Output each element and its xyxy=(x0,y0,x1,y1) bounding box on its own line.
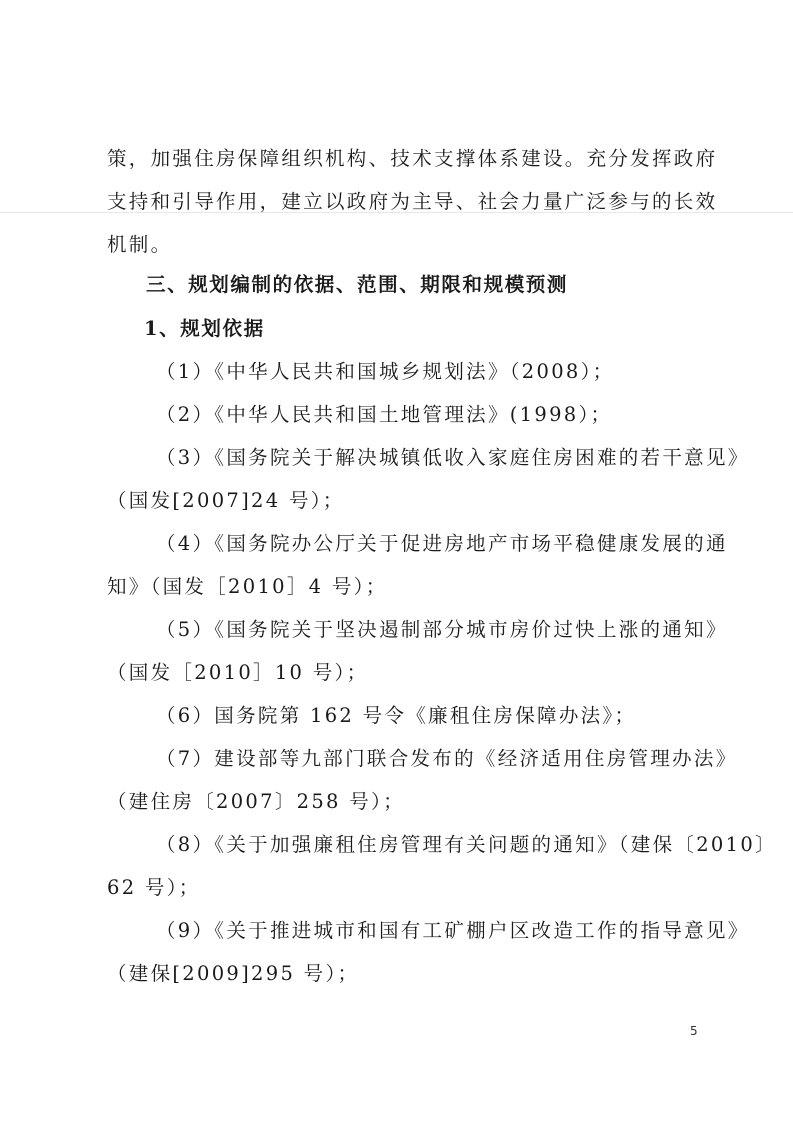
subsection-heading: 1、规划依据 xyxy=(144,316,265,342)
basis-item-3-cont: （国发[2007]24 号）； xyxy=(107,488,345,514)
basis-item-8: （8）《关于加强廉租住房管理有关问题的通知》（建保〔2010〕 xyxy=(156,832,777,858)
basis-item-9-cont: （建保[2009]295 号）； xyxy=(107,961,359,987)
basis-item-4: （4）《国务院办公厅关于促进房地产市场平稳健康发展的通 xyxy=(156,531,728,557)
basis-item-8-cont: 62 号）； xyxy=(107,875,201,901)
page-number: 5 xyxy=(690,1024,698,1038)
paragraph-line: 机制。 xyxy=(107,232,172,258)
basis-item-2: （2）《中华人民共和国土地管理法》(1998）； xyxy=(156,402,612,428)
basis-item-7-cont: （建住房〔2007〕258 号）； xyxy=(107,789,405,815)
basis-item-7: （7）建设部等九部门联合发布的《经济适用住房管理办法》 xyxy=(156,746,738,772)
basis-item-3: （3）《国务院关于解决城镇低收入家庭住房困难的若干意见》 xyxy=(156,445,750,471)
basis-item-9: （9）《关于推进城市和国有工矿棚户区改造工作的指导意见》 xyxy=(156,918,750,944)
basis-item-5: （5）《国务院关于坚决遏制部分城市房价过快上涨的通知》 xyxy=(156,617,728,643)
basis-item-5-cont: （国发［2010］10 号）； xyxy=(107,660,368,686)
basis-item-4-cont: 知》（国发［2010］4 号）； xyxy=(107,574,388,600)
basis-item-1: （1）《中华人民共和国城乡规划法》（2008）； xyxy=(156,359,614,385)
basis-item-6: （6）国务院第 162 号令《廉租住房保障办法》； xyxy=(156,703,636,729)
paragraph-line: 策，加强住房保障组织机构、技术支撑体系建设。充分发挥政府 xyxy=(107,146,717,172)
section-heading: 三、规划编制的依据、范围、期限和规模预测 xyxy=(146,272,568,298)
paragraph-line: 支持和引导作用，建立以政府为主导、社会力量广泛参与的长效 xyxy=(107,189,717,215)
